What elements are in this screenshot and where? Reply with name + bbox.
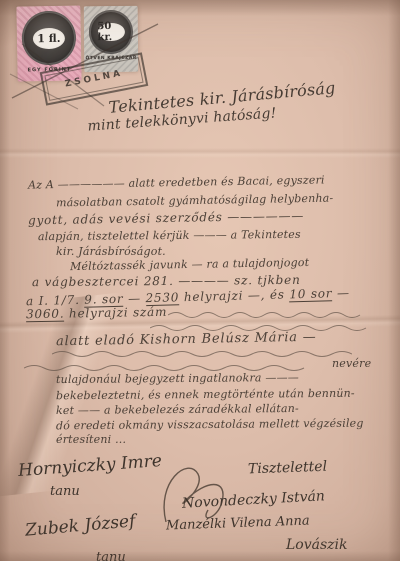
body-line-seller-name: alatt eladó Kishorn Belúsz Mária — [56, 330, 317, 350]
closing-salutation: Tisztelettel [248, 459, 328, 478]
body-line: másolatban csatolt gyámhatóságilag helyb… [56, 192, 334, 210]
parcel-text: helyrajzi szám [64, 305, 167, 321]
parcel-row-underlined: 10 sor [289, 286, 332, 302]
body-line: kir. Járásbíróságot. [56, 245, 166, 258]
body-line: Méltóztassék javunk — ra a tulajdonjogot [70, 256, 310, 273]
witness-role-2: tanu [96, 550, 126, 561]
body-line-parcel-numbers: 3060. helyrajzi szám [26, 305, 167, 321]
body-line: bekebeleztetni, és ennek megtörténte utá… [56, 387, 355, 403]
body-line: nevére [332, 357, 371, 370]
witness-signature-2: Zubek József [24, 511, 136, 541]
body-line: Az A —————— alatt eredetben és Bacai, eg… [28, 173, 325, 191]
parcel-number-underlined: 2530 [145, 290, 179, 306]
body-line: értesíteni ... [56, 433, 126, 446]
cancellation-town-label: ZSOLNA [64, 68, 124, 89]
party-signature-3: Lovászik [286, 537, 348, 553]
parcel-text: — [332, 286, 350, 300]
body-line: gyott, adás vevési szerződés —————— [28, 209, 304, 228]
body-line: a vágbesztercei 281. ———— sz. tjkben [32, 273, 301, 289]
body-line: alapján, tisztelettel kérjük ——— a Tekin… [38, 228, 301, 243]
body-line: dó eredeti okmány visszacsatolása mellet… [56, 417, 364, 433]
parcel-number-underlined: 3060. [26, 307, 65, 323]
handwritten-filler-squiggle [52, 348, 352, 360]
body-line-parcel-numbers: a I. 1/7. 9. sor — 2530 helyrajzi —, és … [26, 286, 350, 308]
handwritten-filler-squiggle [168, 308, 368, 320]
paper-fold-line-upper [0, 148, 400, 158]
parcel-text: helyrajzi —, és [179, 287, 289, 304]
document-page: 1 fl. EGY FORINT 50 kr. ÖTVEN KRAJCZÁR Z… [0, 0, 400, 561]
body-line: ket —— a bekebelezés záradékkal ellátan- [56, 402, 299, 417]
witness-role-1: tanu [50, 484, 80, 499]
paper-crease-right [388, 0, 400, 561]
body-line: tulajdonául bejegyzett ingatlanokra ——— [56, 371, 299, 386]
parcel-text: — [123, 291, 145, 306]
